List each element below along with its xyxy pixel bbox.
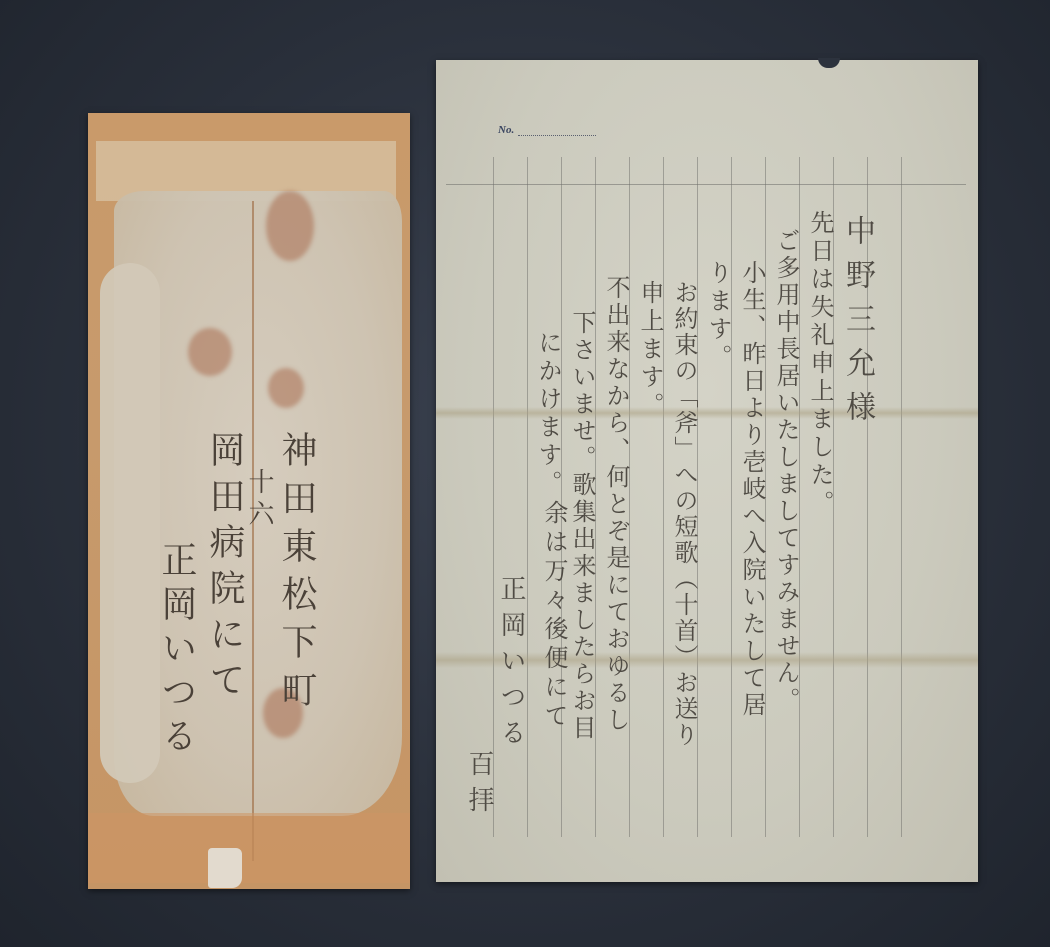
letter-sheet: No. 中野三允様 先日は失礼申上ました。 ご多用中長居いたしましてすみません。…	[436, 60, 978, 882]
envelope-address-line: 岡田病院にて	[206, 431, 242, 707]
envelope-address-number: 十六	[246, 468, 272, 532]
ruled-line-horizontal	[446, 184, 966, 185]
envelope-stain	[268, 368, 304, 408]
letter-signature: 正岡いつる	[498, 575, 524, 755]
envelope-tape	[88, 813, 410, 883]
letter-line: 小生、昨日より壱岐へ入院いたして居	[740, 260, 764, 719]
ruled-line	[527, 157, 528, 837]
letter-line: 不出来なから、何とぞ是にておゆるし	[604, 275, 628, 734]
letter-addressee: 中野三允様	[842, 215, 872, 435]
envelope: 神田東松下町 十六 岡田病院にて 正岡いつる	[88, 113, 410, 889]
letter-number-line	[518, 135, 596, 136]
letter-number-label: No.	[498, 124, 514, 136]
letter-line: にかけます。	[536, 330, 560, 498]
letter-closing: 余は万々後便にて	[542, 500, 566, 732]
letter-line: 先日は失礼申上ました。	[808, 210, 832, 518]
ruled-line	[493, 157, 494, 837]
envelope-inner-paper-edge	[100, 263, 160, 783]
ruled-line	[731, 157, 732, 837]
ruled-line	[663, 157, 664, 837]
ruled-line	[901, 157, 902, 837]
envelope-stain	[188, 328, 232, 376]
envelope-tape-patch	[208, 848, 242, 888]
envelope-sender-name: 正岡いつる	[158, 541, 194, 761]
letter-line: ご多用中長居いたしましてすみません。	[774, 228, 798, 714]
letter-line: 申上ます。	[638, 280, 662, 420]
letter-line: 下さいませ。歌集出来ましたらお目	[570, 310, 594, 742]
letter-fold-crease	[436, 407, 978, 419]
letter-torn-notch	[818, 58, 840, 68]
letter-line: ります。	[706, 260, 730, 372]
letter-line: お約束の「斧」への短歌（十首）お送り	[672, 280, 696, 748]
envelope-stain	[266, 191, 314, 261]
letter-salutation: 百拝	[466, 750, 492, 822]
envelope-address-line: 神田東松下町	[278, 431, 314, 719]
